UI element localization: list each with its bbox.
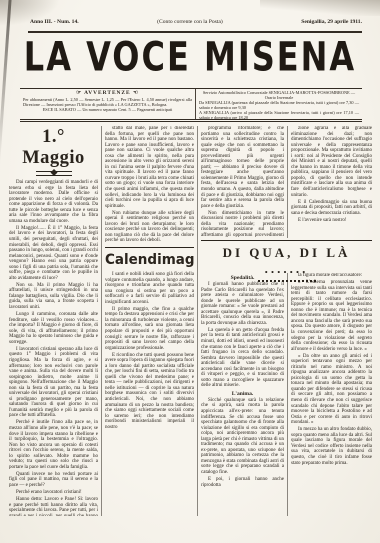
paragraph: zione agraria e alla graduale eliminazio… [291,126,372,198]
paragraph: programma riformatore; e che portiamo un… [201,126,284,209]
headline-ornament [36,171,72,176]
subheading-anima: L'anima. [201,391,284,397]
service-line: Da SENIGALLIA (partenza dal piazzale del… [199,100,359,110]
paragraph: I lavoratori cristiani sperano alla luce… [9,347,98,419]
service-box: Servizio Automobilistico Consorziale SEN… [196,89,362,119]
paragraph: Non rubiamo dunque alle schiere degli op… [105,211,194,244]
paragraph: sfatto dal male, pane per i diseredati d… [105,126,194,209]
column-3-upper: programma riformatore; e che portiamo un… [201,126,284,238]
paragraph: I santi e nobili ideali sono già fiori d… [105,272,194,305]
paragraph: I giornali hanno pubblicato che il Padre… [201,282,284,326]
article-title-calendimaggio: Calendimaggio [105,252,194,269]
service-line: A SENIGALLIA (arrivo al piazzale della S… [199,110,359,119]
paragraph: Sicché qualunque sarà la relazione che s… [201,398,284,476]
column-divider [101,126,102,516]
paragraph: E poi, i giornali hanno anche riprodotta [201,477,284,488]
masthead-title: LA VOCE MISENA [0,33,380,81]
notice-line: ESCE IL SABATO — Un numero separato Cent… [23,107,192,112]
column-4-upper: zione agraria e alla graduale eliminazio… [291,126,372,238]
column-2: sfatto dal male, pane per i diseredati d… [105,126,194,516]
notice-line: Per abbonamenti (Anno L. 2,50 — Semestre… [23,97,192,107]
dateline: Senigallia, 29 aprile 1911. [301,19,362,25]
paragraph: Perché erano lavoratori cristiani! [9,490,98,496]
paragraph: Non so. Ma il primo Maggio li ha affrate… [9,283,98,311]
column-1: 1.° Maggio Dai campi verdeggianti di man… [9,126,98,516]
paragraph: E ricordino che tutti questi possono ben… [105,353,194,431]
calendimaggio-article: Calendimaggio I santi e nobili ideali so… [105,247,194,430]
service-line: Servizio Automobilistico Consorziale SEN… [199,90,359,100]
newspaper-front-page: Anno III. - Num. 14. (Conto corrente con… [0,0,380,543]
column-divider [197,126,198,516]
paragraph: « Da oltre un anno gli amici ed i superi… [291,354,372,426]
paragraph: Il primo maggio, che fino a qualche temp… [105,307,194,351]
torn-edge-shadow [260,0,380,16]
paragraph: Hanno detto: Lavoro e Pane! Sì: lavoro e… [9,497,98,516]
paragraph: Non dimentichiamo in tutte le discussion… [201,211,284,238]
notices-box: ☞ AVVERTENZE ☜ Per abbonamenti (Anno L. … [20,89,196,119]
notices-title: ☞ AVVERTENZE ☜ [23,90,192,96]
paragraph: E l'avvenire sarà nostro! [291,218,372,224]
paragraph: Lungo il cammino, coronata dalle alte fe… [9,312,98,345]
postal-note: (Conto corrente con la Posta) [157,19,223,25]
column-divider [287,126,288,238]
subheading-spedalita: Spedalità. [201,275,284,281]
paragraph: In mezzo ha un altro fondato dubbio, sop… [291,427,372,466]
paragraph: E il Calendimaggio sia una buona giornat… [291,200,372,217]
paragraph: Dai campi verdeggianti di mandorli e di … [9,180,98,224]
paragraph: la figura morale dell'accusatore: [291,273,372,279]
paragraph: La querela è un getto d'acqua fredda per… [201,328,284,389]
column-3-lower: Spedalità. I giornali hanno pubblicato c… [201,273,284,516]
article-title-maggio: 1.° Maggio [9,127,98,169]
info-bar: ☞ AVVERTENZE ☜ Per abbonamenti (Anno L. … [20,88,362,122]
issue-info-row: Anno III. - Num. 14. (Conto corrente con… [30,19,362,25]
paragraph: Perché è inutile l'inno alla pace se, in… [9,420,98,470]
paragraph: « L'odierna pronunziata venne leggerment… [291,280,372,352]
paragraph: Quanti invece ne ho veduti portare ai fi… [9,472,98,489]
column-divider [287,273,288,516]
column-4-lower: la figura morale dell'accusatore: « L'od… [291,273,372,516]
issue-number: Anno III. - Num. 14. [30,19,79,25]
paragraph: Il Maggio!...... È il 1° Maggio, la fest… [9,226,98,281]
